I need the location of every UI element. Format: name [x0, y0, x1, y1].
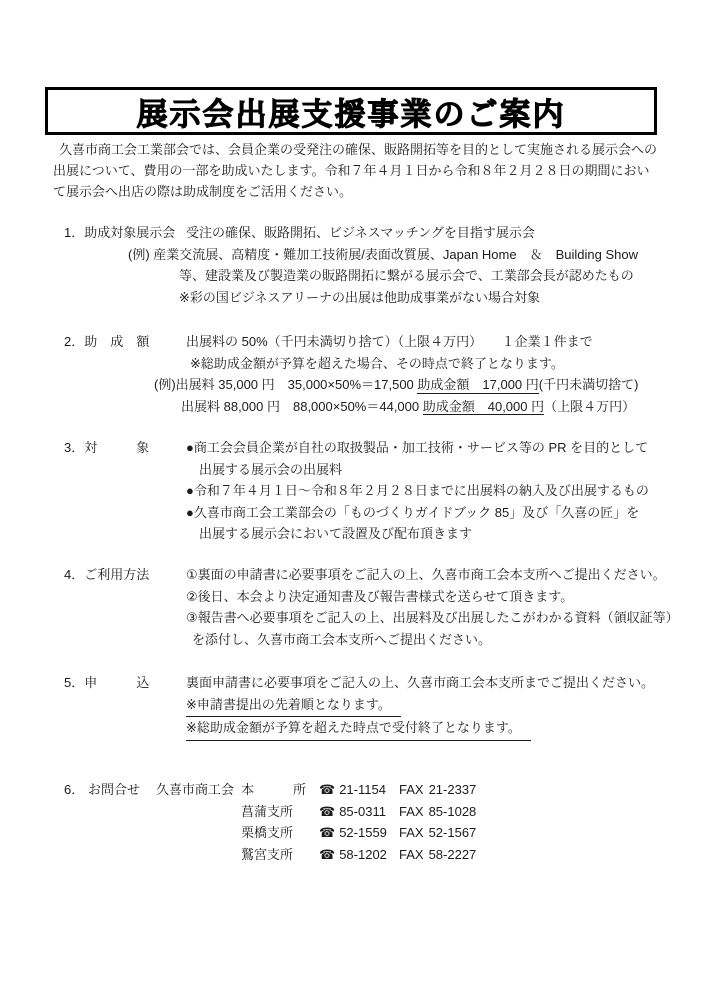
section-5-label: 5．申 込 — [64, 672, 186, 694]
section-3-bullet-3: ●久喜市商工会工業部会の「ものづくりガイドブック 85」及び「久喜の匠」を — [186, 502, 693, 524]
example-2-suffix: （上限４万円） — [544, 399, 635, 414]
tel-number: 85-0311 — [339, 804, 386, 819]
office-name: 栗橋支所 — [241, 822, 319, 844]
example-2-amount-underlined: 助成金額 40,000 円 — [423, 399, 544, 416]
section-1-example-line: 等、建設業及び製造業の販路開拓に繋がる展示会で、工業部会長が認めたもの — [128, 265, 693, 287]
office-tel: ☎21-1154 — [319, 779, 399, 801]
section-1-note: ※彩の国ビジネスアリーナの出展は他助成事業がない場合対象 — [128, 287, 693, 309]
tel-number: 52-1559 — [339, 825, 387, 840]
office-name: 本 所 — [241, 779, 319, 801]
section-4-step-3-cont: を添付し、久喜市商工会本支所へご提出ください。 — [186, 629, 693, 651]
section-3-bullet-3-cont: 出展する展示会において設置及び配布頂きます — [186, 523, 693, 545]
section-eligibility: 3．対 象 ●商工会会員企業が自社の取扱製品・加工技術・サービス等の PR を目… — [64, 437, 693, 545]
section-2-rate: 出展料の 50%（千円未満切り捨て）（上限４万円） １企業１件まで — [186, 331, 693, 353]
section-2-example-2: 出展料 88,000 円 88,000×50%＝44,000 助成金額 40,0… — [181, 396, 693, 418]
office-fax: FAX85-1028 — [399, 801, 476, 823]
office-row: 本 所 ☎21-1154 FAX21-2337 — [241, 779, 476, 801]
section-4-step-1: ①裏面の申請書に必要事項をご記入の上、久喜市商工会本支所へご提出ください。 — [186, 564, 693, 586]
example-1-calc: (例)出展料 35,000 円 35,000×50%＝17,500 — [154, 377, 417, 392]
fax-label: FAX — [399, 847, 424, 862]
section-how-to-use: 4．ご利用方法 ①裏面の申請書に必要事項をご記入の上、久喜市商工会本支所へご提出… — [64, 564, 693, 650]
title-box: 展示会出展支援事業のご案内 — [45, 87, 657, 135]
intro-line: 出展について、費用の一部を助成いたします。令和７年４月１日から令和８年２月２８日… — [53, 160, 665, 181]
office-tel: ☎85-0311 — [319, 801, 399, 823]
budget-close-note-underlined: ※総助成金額が予算を超えた時点で受付終了となります。 — [186, 717, 531, 741]
intro-paragraph: 久喜市商工会工業部会では、会員企業の受発注の確保、販路開拓等を目的として実施され… — [53, 139, 665, 202]
office-name: 菖蒲支所 — [241, 801, 319, 823]
section-5-instruction: 裏面申請書に必要事項をご記入の上、久喜市商工会本支所までご提出ください。 — [186, 672, 693, 694]
section-1-label: 1．助成対象展示会 — [64, 222, 186, 244]
example-2-calc: 出展料 88,000 円 88,000×50%＝44,000 — [181, 399, 423, 414]
section-2-label: 2．助 成 額 — [64, 331, 186, 353]
fax-number: 52-1567 — [429, 825, 477, 840]
section-target-exhibitions: 1．助成対象展示会 受注の確保、販路開拓、ビジネスマッチングを目指す展示会 (例… — [64, 222, 693, 308]
tel-number: 58-1202 — [339, 847, 387, 862]
section-application: 5．申 込 裏面申請書に必要事項をご記入の上、久喜市商工会本支所までご提出くださ… — [64, 672, 693, 741]
section-3-bullet-1: ●商工会会員企業が自社の取扱製品・加工技術・サービス等の PR を目的として — [186, 437, 693, 459]
section-1-lead: 受注の確保、販路開拓、ビジネスマッチングを目指す展示会 — [186, 222, 693, 244]
example-1-amount-underlined: 助成金額 17,000 円 — [417, 377, 538, 394]
section-3-bullet-2: ●令和７年４月１日～令和８年２月２８日までに出展料の納入及び出展するもの — [186, 480, 693, 502]
office-row: 鷲宮支所 ☎58-1202 FAX58-2227 — [241, 844, 476, 866]
fax-number: 21-2337 — [429, 782, 477, 797]
section-4-label: 4．ご利用方法 — [64, 564, 186, 586]
office-tel: ☎52-1559 — [319, 822, 399, 844]
fax-label: FAX — [399, 782, 424, 797]
section-3-bullet-1-cont: 出展する展示会の出展料 — [186, 459, 693, 481]
organization-name: 久喜市商工会 — [156, 779, 241, 801]
document-page: 展示会出展支援事業のご案内 久喜市商工会工業部会では、会員企業の受発注の確保、販… — [0, 0, 707, 1000]
fax-number: 58-2227 — [429, 847, 477, 862]
section-6-label: お問合せ — [88, 779, 156, 801]
office-fax: FAX58-2227 — [399, 844, 476, 866]
section-4-step-3: ③報告書へ必要事項をご記入の上、出展料及び出展したこがわかる資料（領収証等） — [186, 607, 693, 629]
phone-icon: ☎ — [319, 847, 335, 862]
fax-number: 85-1028 — [429, 804, 477, 819]
tel-number: 21-1154 — [339, 782, 386, 797]
office-fax: FAX52-1567 — [399, 822, 476, 844]
section-3-label: 3．対 象 — [64, 437, 186, 459]
section-2-budget-note: ※総助成金額が予算を超えた場合、その時点で終了となります。 — [186, 353, 693, 375]
office-list: 本 所 ☎21-1154 FAX21-2337 菖蒲支所 ☎85-0311 FA… — [241, 779, 476, 865]
section-5-note-1: ※申請書提出の先着順となります。 — [186, 694, 693, 718]
section-subsidy-amount: 2．助 成 額 出展料の 50%（千円未満切り捨て）（上限４万円） １企業１件ま… — [64, 331, 693, 417]
section-6-number: 6． — [64, 779, 88, 801]
office-fax: FAX21-2337 — [399, 779, 476, 801]
section-1-example-line: (例) 産業交流展、高精度・難加工技術展/表面改質展、Japan Home ＆ … — [128, 244, 693, 266]
section-5-note-2: ※総助成金額が予算を超えた時点で受付終了となります。 — [186, 717, 693, 741]
office-row: 栗橋支所 ☎52-1559 FAX52-1567 — [241, 822, 476, 844]
phone-icon: ☎ — [319, 825, 335, 840]
office-tel: ☎58-1202 — [319, 844, 399, 866]
phone-icon: ☎ — [319, 804, 335, 819]
example-1-suffix: (千円未満切捨て) — [539, 377, 639, 392]
section-4-step-2: ②後日、本会より決定通知書及び報告書様式を送らせて頂きます。 — [186, 586, 693, 608]
first-come-note-underlined: ※申請書提出の先着順となります。 — [186, 694, 401, 718]
fax-label: FAX — [399, 804, 424, 819]
section-2-example-1: (例)出展料 35,000 円 35,000×50%＝17,500 助成金額 1… — [154, 374, 693, 396]
intro-line: 久喜市商工会工業部会では、会員企業の受発注の確保、販路開拓等を目的として実施され… — [53, 139, 665, 160]
office-name: 鷲宮支所 — [241, 844, 319, 866]
fax-label: FAX — [399, 825, 424, 840]
page-title: 展示会出展支援事業のご案内 — [137, 89, 566, 134]
office-row: 菖蒲支所 ☎85-0311 FAX85-1028 — [241, 801, 476, 823]
phone-icon: ☎ — [319, 782, 335, 797]
section-contact: 6． お問合せ 久喜市商工会 本 所 ☎21-1154 FAX21-2337 菖… — [64, 779, 476, 865]
intro-line: て展示会へ出店の際は助成制度をご活用ください。 — [53, 181, 665, 202]
